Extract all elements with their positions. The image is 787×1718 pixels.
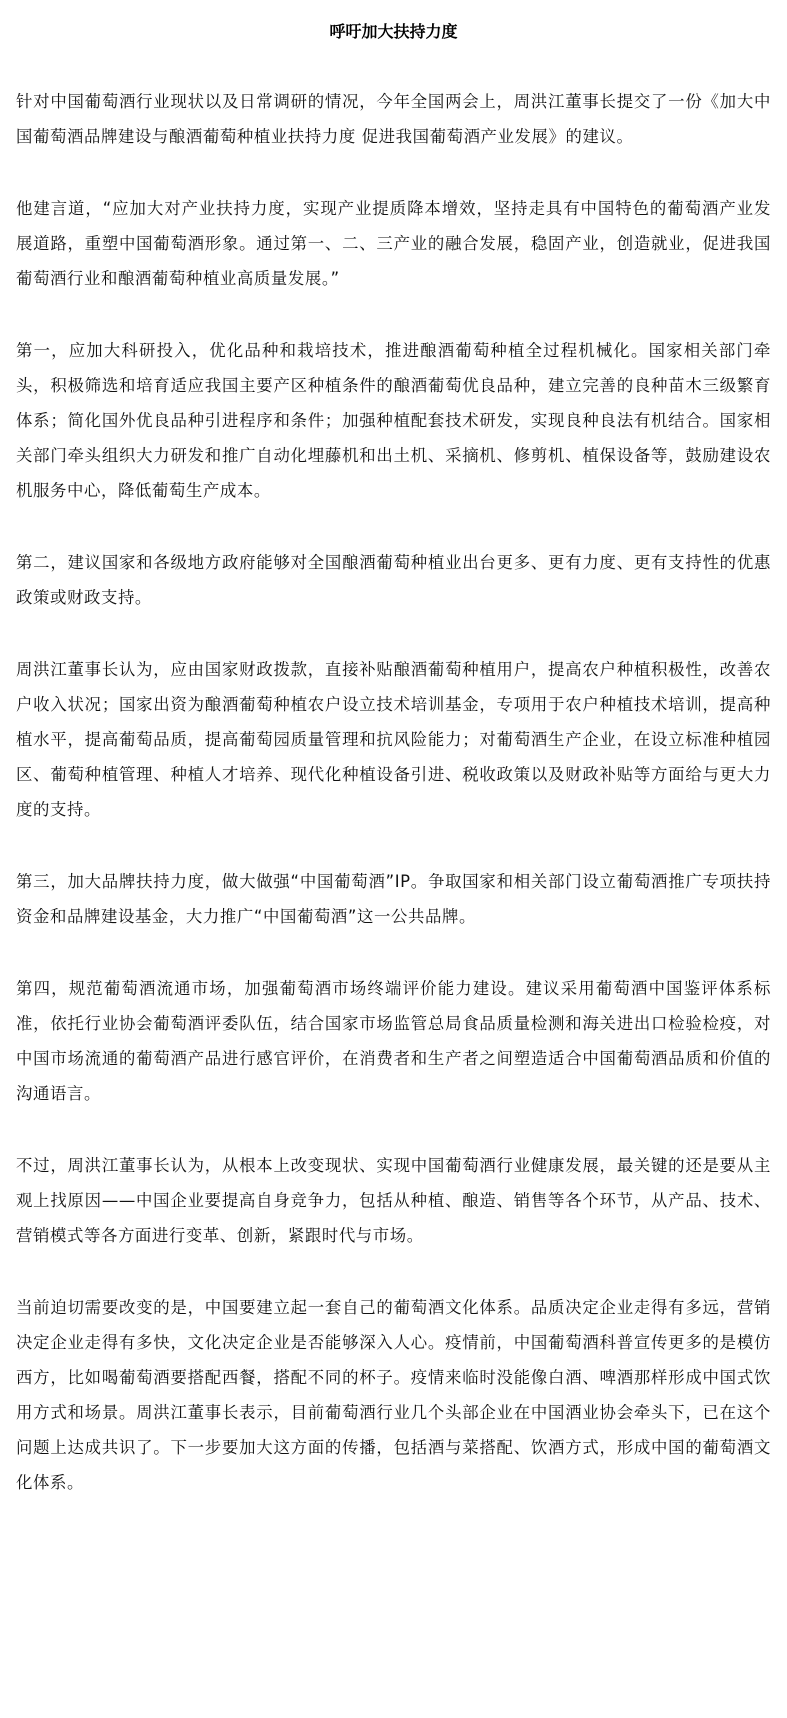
paragraph-intro: 针对中国葡萄酒行业现状以及日常调研的情况，今年全国两会上，周洪江董事长提交了一份…: [16, 84, 771, 154]
article-title: 呼吁加大扶持力度: [16, 18, 771, 46]
paragraph-point-three: 第三，加大品牌扶持力度，做大做强“中国葡萄酒”IP。争取国家和相关部门设立葡萄酒…: [16, 864, 771, 934]
paragraph-subsidy-detail: 周洪江董事长认为，应由国家财政拨款，直接补贴酿酒葡萄种植用户，提高农户种植积极性…: [16, 652, 771, 827]
paragraph-root-cause: 不过，周洪江董事长认为，从根本上改变现状、实现中国葡萄酒行业健康发展，最关键的还…: [16, 1148, 771, 1253]
paragraph-point-two: 第二，建议国家和各级地方政府能够对全国酿酒葡萄种植业出台更多、更有力度、更有支持…: [16, 545, 771, 615]
paragraph-wine-culture: 当前迫切需要改变的是，中国要建立起一套自己的葡萄酒文化体系。品质决定企业走得有多…: [16, 1290, 771, 1500]
paragraph-quote: 他建言道，“应加大对产业扶持力度，实现产业提质降本增效，坚持走具有中国特色的葡萄…: [16, 191, 771, 296]
article: 呼吁加大扶持力度 针对中国葡萄酒行业现状以及日常调研的情况，今年全国两会上，周洪…: [0, 0, 787, 1577]
paragraph-point-one: 第一，应加大科研投入，优化品种和栽培技术，推进酿酒葡萄种植全过程机械化。国家相关…: [16, 333, 771, 508]
paragraph-point-four: 第四，规范葡萄酒流通市场，加强葡萄酒市场终端评价能力建设。建议采用葡萄酒中国鉴评…: [16, 971, 771, 1111]
